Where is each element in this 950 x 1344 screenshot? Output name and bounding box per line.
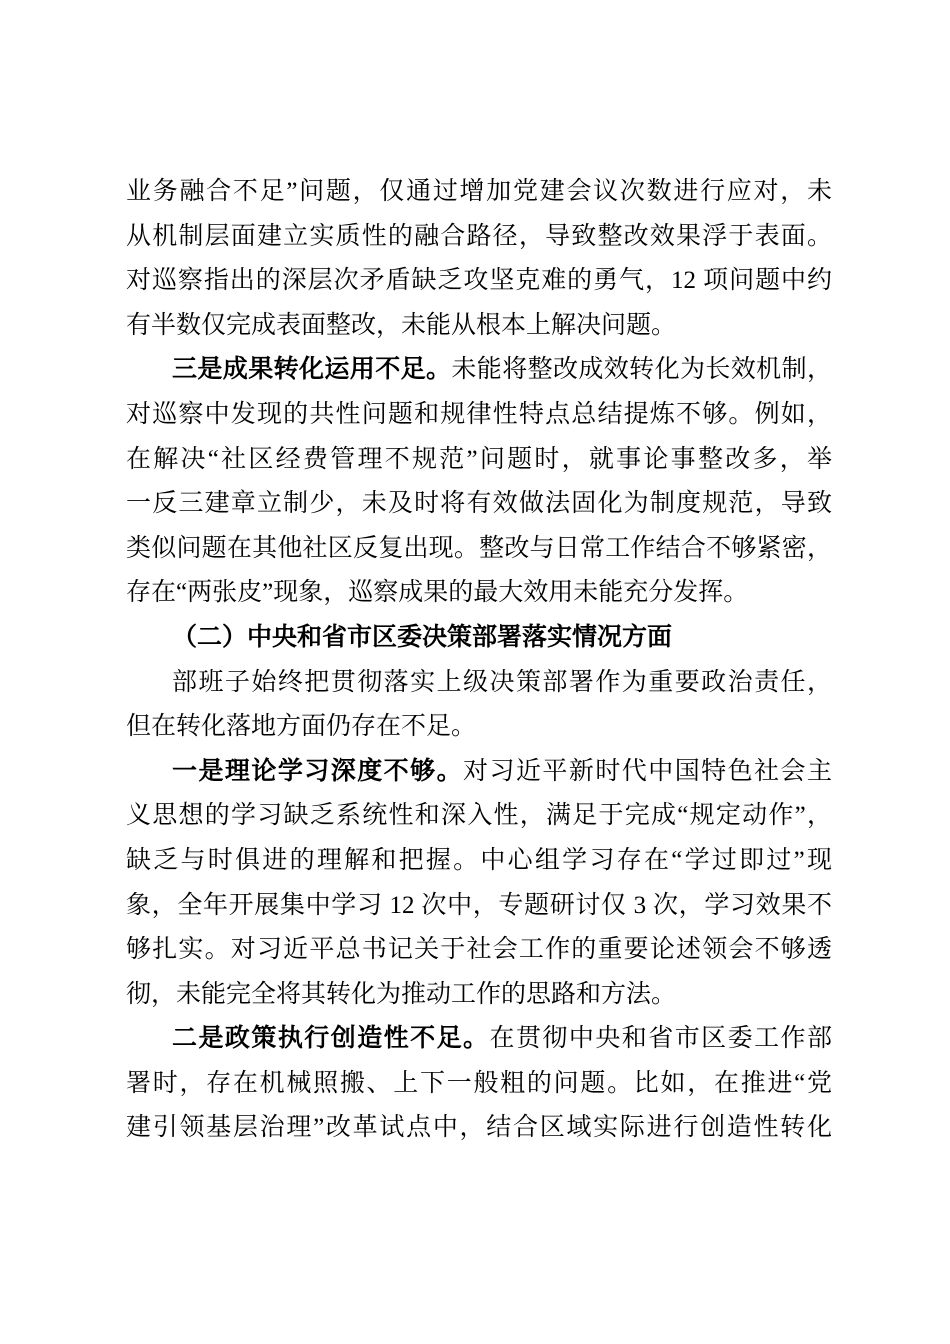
section-heading: （二）中央和省市区委决策部署落实情况方面 <box>126 616 832 661</box>
paragraph: 二是政策执行创造性不足。在贯彻中央和省市区委工作部署时，存在机械照搬、上下一般粗… <box>126 1017 832 1151</box>
text-run: 类似问题在其他社区反复出现。整改与日常工作结合不够紧密， <box>126 535 832 562</box>
bold-text-run: （二）中央和省市区委决策部署落实情况方面 <box>172 624 672 651</box>
bold-text-run: 一是理论学习深度不够。 <box>172 758 463 785</box>
text-run: 义思想的学习缺乏系统性和深入性，满足于完成“规定动作”， <box>126 802 832 829</box>
text-line: 义思想的学习缺乏系统性和深入性，满足于完成“规定动作”， <box>126 794 832 839</box>
text-line: 业务融合不足”问题，仅通过增加党建会议次数进行应对，未 <box>126 170 832 215</box>
text-line: 但在转化落地方面仍存在不足。 <box>126 705 832 750</box>
text-line: 二是政策执行创造性不足。在贯彻中央和省市区委工作部 <box>126 1017 832 1062</box>
text-line: 从机制层面建立实质性的融合路径，导致整改效果浮于表面。 <box>126 215 832 260</box>
text-run: 够扎实。对习近平总书记关于社会工作的重要论述领会不够透 <box>126 936 832 963</box>
bold-text-run: 二是政策执行创造性不足。 <box>172 1025 490 1052</box>
text-line: 类似问题在其他社区反复出现。整改与日常工作结合不够紧密， <box>126 527 832 572</box>
text-run: 建引领基层治理”改革试点中，结合区域实际进行创造性转化 <box>126 1114 832 1141</box>
text-line: 够扎实。对习近平总书记关于社会工作的重要论述领会不够透 <box>126 928 832 973</box>
text-run: 象，全年开展集中学习 12 次中，专题研讨仅 3 次，学习效果不 <box>126 892 832 919</box>
text-run: 但在转化落地方面仍存在不足。 <box>126 713 476 740</box>
text-run: 部班子始终把贯彻落实上级决策部署作为重要政治责任， <box>172 669 832 696</box>
text-run: 有半数仅完成表面整改，未能从根本上解决问题。 <box>126 312 676 339</box>
text-line: 存在“两张皮”现象，巡察成果的最大效用未能充分发挥。 <box>126 571 832 616</box>
text-line: 对巡察指出的深层次矛盾缺乏攻坚克难的勇气，12 项问题中约 <box>126 259 832 304</box>
text-run: 存在“两张皮”现象，巡察成果的最大效用未能充分发挥。 <box>126 579 748 606</box>
text-line: 有半数仅完成表面整改，未能从根本上解决问题。 <box>126 304 832 349</box>
text-line: 在解决“社区经费管理不规范”问题时，就事论事整改多，举 <box>126 438 832 483</box>
text-line: 一是理论学习深度不够。对习近平新时代中国特色社会主 <box>126 750 832 795</box>
text-run: 署时，存在机械照搬、上下一般粗的问题。比如，在推进“党 <box>126 1070 832 1097</box>
text-run: 对巡察中发现的共性问题和规律性特点总结提炼不够。例如， <box>126 401 832 428</box>
text-run: 对巡察指出的深层次矛盾缺乏攻坚克难的勇气，12 项问题中约 <box>126 267 832 294</box>
document-body: 业务融合不足”问题，仅通过增加党建会议次数进行应对，未从机制层面建立实质性的融合… <box>126 170 832 1151</box>
text-line: 部班子始终把贯彻落实上级决策部署作为重要政治责任， <box>126 661 832 706</box>
document-page: 业务融合不足”问题，仅通过增加党建会议次数进行应对，未从机制层面建立实质性的融合… <box>0 0 950 1344</box>
text-run: 从机制层面建立实质性的融合路径，导致整改效果浮于表面。 <box>126 223 832 250</box>
text-run: 业务融合不足”问题，仅通过增加党建会议次数进行应对，未 <box>126 178 832 205</box>
text-line: 三是成果转化运用不足。未能将整改成效转化为长效机制， <box>126 348 832 393</box>
bold-text-run: 三是成果转化运用不足。 <box>172 356 451 383</box>
text-line: 对巡察中发现的共性问题和规律性特点总结提炼不够。例如， <box>126 393 832 438</box>
text-line: 署时，存在机械照搬、上下一般粗的问题。比如，在推进“党 <box>126 1062 832 1107</box>
text-line: 一反三建章立制少，未及时将有效做法固化为制度规范，导致 <box>126 482 832 527</box>
paragraph: 一是理论学习深度不够。对习近平新时代中国特色社会主义思想的学习缺乏系统性和深入性… <box>126 750 832 1018</box>
text-line: 象，全年开展集中学习 12 次中，专题研讨仅 3 次，学习效果不 <box>126 884 832 929</box>
text-run: 在贯彻中央和省市区委工作部 <box>490 1025 833 1052</box>
paragraph: 部班子始终把贯彻落实上级决策部署作为重要政治责任，但在转化落地方面仍存在不足。 <box>126 661 832 750</box>
paragraph: 三是成果转化运用不足。未能将整改成效转化为长效机制，对巡察中发现的共性问题和规律… <box>126 348 832 616</box>
text-run: 缺乏与时俱进的理解和把握。中心组学习存在“学过即过”现 <box>126 847 832 874</box>
paragraph: 业务融合不足”问题，仅通过增加党建会议次数进行应对，未从机制层面建立实质性的融合… <box>126 170 832 348</box>
text-run: 未能将整改成效转化为长效机制， <box>451 356 832 383</box>
text-run: 对习近平新时代中国特色社会主 <box>463 758 832 785</box>
text-run: 在解决“社区经费管理不规范”问题时，就事论事整改多，举 <box>126 446 832 473</box>
text-line: 彻，未能完全将其转化为推动工作的思路和方法。 <box>126 973 832 1018</box>
text-run: 一反三建章立制少，未及时将有效做法固化为制度规范，导致 <box>126 490 832 517</box>
text-line: 建引领基层治理”改革试点中，结合区域实际进行创造性转化 <box>126 1106 832 1151</box>
text-line: （二）中央和省市区委决策部署落实情况方面 <box>126 616 832 661</box>
text-line: 缺乏与时俱进的理解和把握。中心组学习存在“学过即过”现 <box>126 839 832 884</box>
text-run: 彻，未能完全将其转化为推动工作的思路和方法。 <box>126 981 676 1008</box>
